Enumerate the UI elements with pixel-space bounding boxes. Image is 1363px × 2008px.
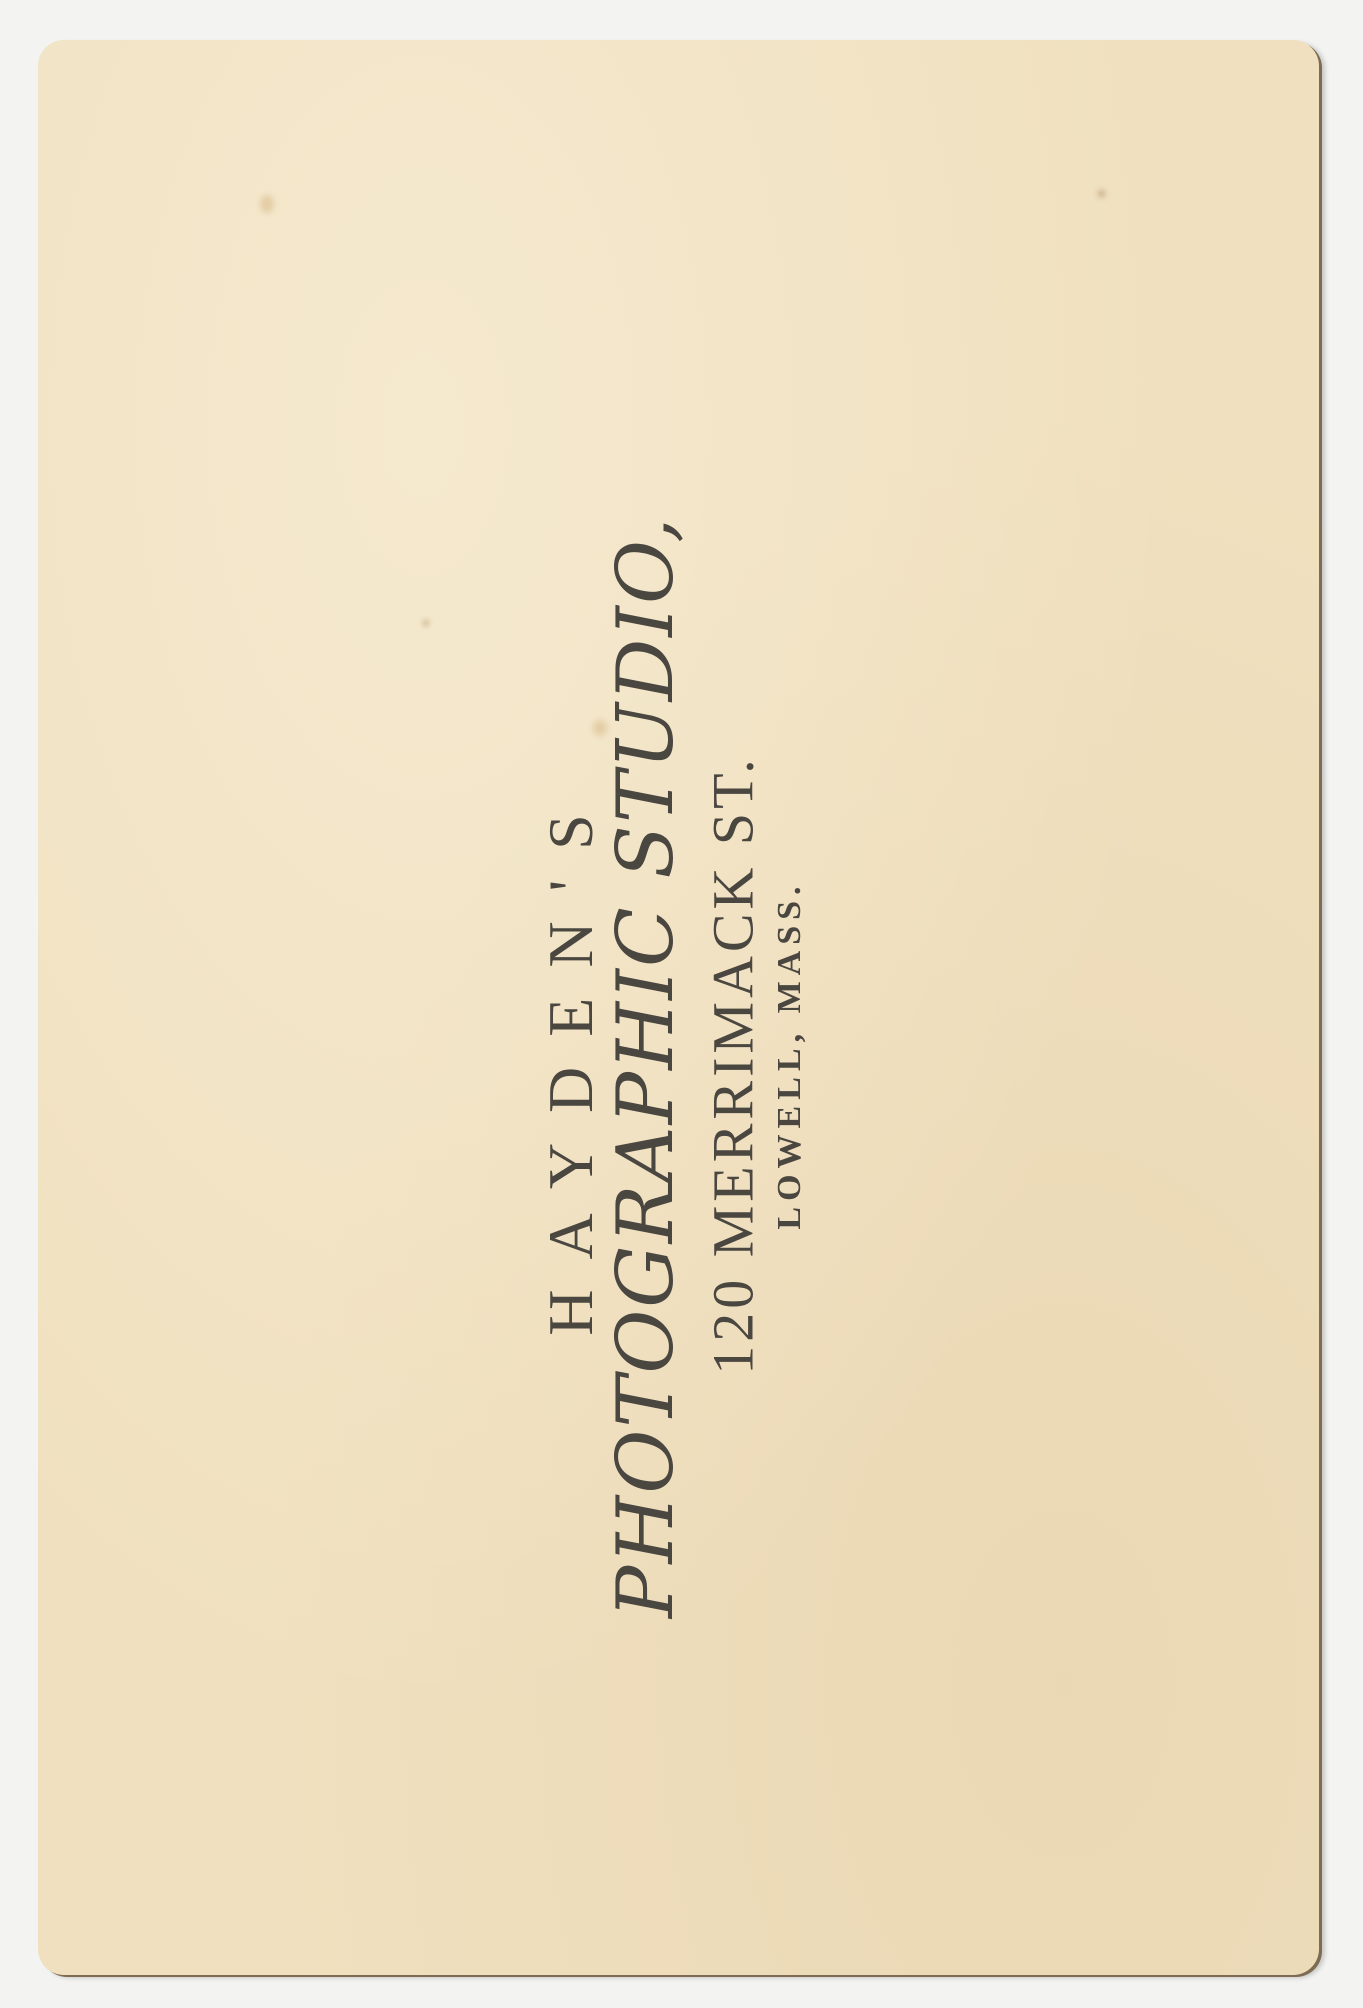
cabinet-card-back: HAYDEN'S PHOTOGRAPHIC STUDIO, 120 MERRIM… [38,40,1319,1975]
studio-type: PHOTOGRAPHIC STUDIO, [601,516,691,1618]
foxing-spot [260,195,274,213]
foxing-spot [1098,190,1105,197]
city-state: LOWELL, MASS. [771,880,809,1229]
street-address: 120 MERRIMACK ST. [700,755,767,1375]
studio-name: HAYDEN'S [534,784,608,1335]
foxing-spot [423,620,429,626]
